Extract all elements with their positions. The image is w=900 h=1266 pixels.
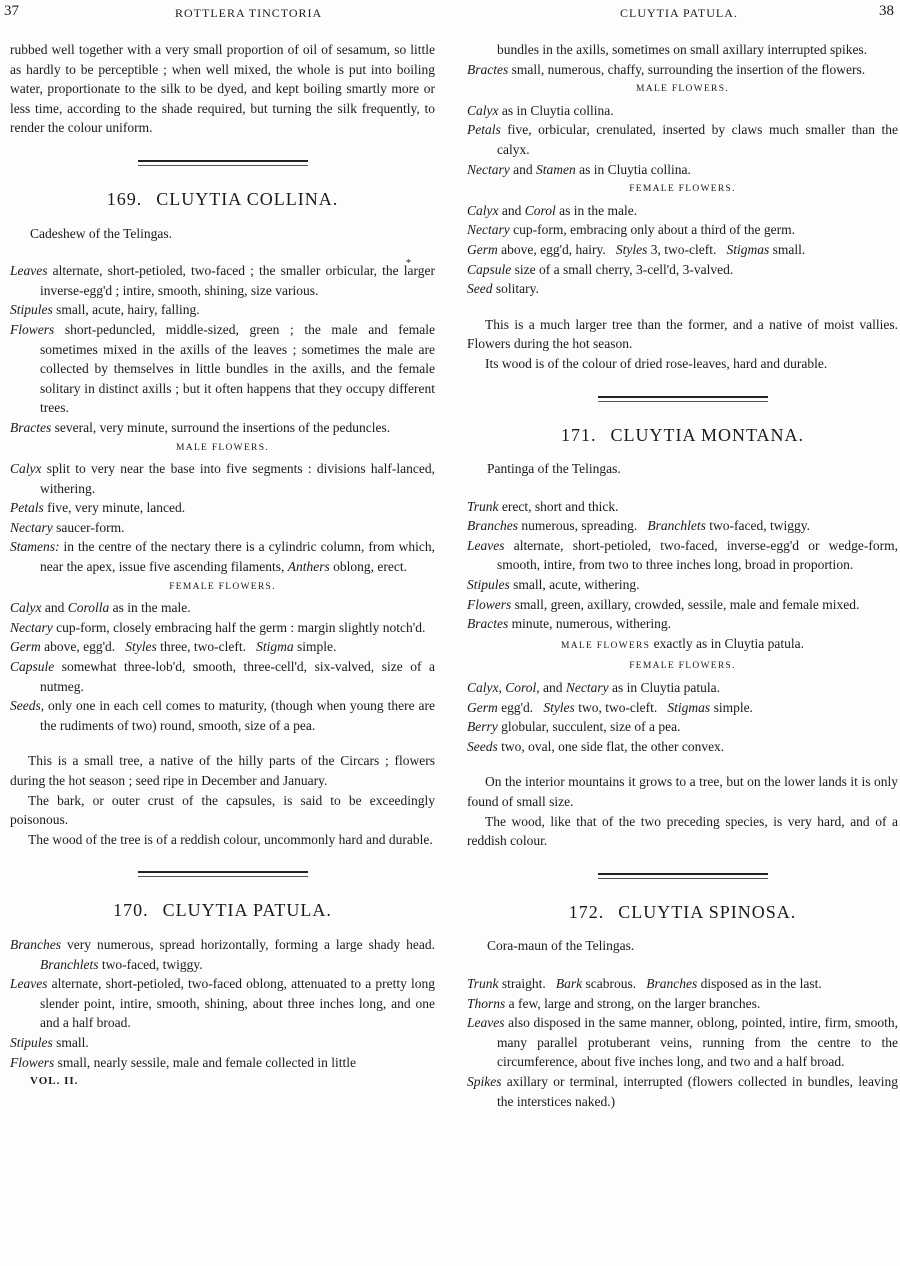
female-flowers-heading: FEMALE FLOWERS.: [467, 657, 898, 677]
male-flowers-heading: MALE FLOWERS.: [10, 439, 435, 459]
desc-seed: Seed solitary.: [467, 279, 898, 299]
vernacular-name: Pantinga of the Telingas.: [487, 459, 898, 479]
desc-stipules: Stipules small.: [10, 1033, 435, 1053]
left-page: 37 ROTTLERA TINCTORIA rubbed well togeth…: [0, 0, 445, 1266]
vernacular-name: Cora-maun of the Telingas.: [487, 936, 898, 956]
desc-leaves: Leaves alternate, short-petioled, two-fa…: [10, 974, 435, 1033]
desc-continuation: bundles in the axills, sometimes on smal…: [467, 40, 898, 60]
desc-germ: Germ above, egg'd, hairy. Styles 3, two-…: [467, 240, 898, 260]
desc-capsule: Capsule somewhat three-lob'd, smooth, th…: [10, 657, 435, 696]
section-divider: [138, 160, 308, 166]
page-number: 38: [879, 3, 894, 20]
desc-stamens: Stamens: in the centre of the nectary th…: [10, 537, 435, 576]
desc-calyx: Calyx as in Cluytia collina.: [467, 101, 898, 121]
desc-branches: Branches very numerous, spread horizonta…: [10, 935, 435, 974]
desc-calyx: Calyx split to very near the base into f…: [10, 459, 435, 498]
male-flowers-heading: MALE FLOWERS.: [467, 80, 898, 100]
desc-trunk: Trunk straight. Bark scabrous. Branches …: [467, 974, 898, 994]
note-paragraph: On the interior mountains it grows to a …: [467, 772, 898, 811]
desc-stipules: Stipules small, acute, hairy, falling.: [10, 300, 435, 320]
intro-paragraph: rubbed well together with a very small p…: [10, 40, 435, 138]
desc-female-calyx: Calyx and Corol as in the male.: [467, 201, 898, 221]
running-head: CLUYTIA PATULA.: [620, 6, 738, 21]
desc-leaves: Leaves also disposed in the same manner,…: [467, 1013, 898, 1072]
note-paragraph: Its wood is of the colour of dried rose-…: [467, 354, 898, 374]
desc-petals: Petals five, orbicular, crenulated, inse…: [467, 120, 898, 159]
desc-female-calyx: Calyx and Corolla as in the male.: [10, 598, 435, 618]
desc-branches: Branches numerous, spreading. Branchlets…: [467, 516, 898, 536]
page-body: bundles in the axills, sometimes on smal…: [467, 40, 898, 1111]
desc-nectary: Nectary saucer-form.: [10, 518, 435, 538]
page-number: 37: [4, 3, 19, 20]
male-flowers-line: MALE FLOWERS exactly as in Cluytia patul…: [467, 634, 898, 657]
desc-nectary: Nectary and Stamen as in Cluytia collina…: [467, 160, 898, 180]
desc-capsule: Capsule size of a small cherry, 3-cell'd…: [467, 260, 898, 280]
species-title: 171.CLUYTIA MONTANA.: [467, 426, 898, 446]
species-title: 169.CLUYTIA COLLINA.: [10, 190, 435, 210]
desc-female-nectary: Nectary cup-form, embracing only about a…: [467, 220, 898, 240]
desc-berry: Berry globular, succulent, size of a pea…: [467, 717, 898, 737]
desc-germ: Germ egg'd. Styles two, two-cleft. Stigm…: [467, 698, 898, 718]
species-title: 170.CLUYTIA PATULA.: [10, 901, 435, 921]
volume-signature: VOL. II.: [30, 1072, 435, 1092]
desc-seeds: Seeds, only one in each cell comes to ma…: [10, 696, 435, 735]
desc-flowers: Flowers small, nearly sessile, male and …: [10, 1053, 435, 1073]
note-paragraph: The wood of the tree is of a reddish col…: [10, 830, 435, 850]
note-paragraph: The wood, like that of the two preceding…: [467, 812, 898, 851]
asterisk-mark: *: [406, 254, 411, 274]
vernacular-name: Cadeshew of the Telingas.: [30, 224, 435, 244]
desc-seeds: Seeds two, oval, one side flat, the othe…: [467, 737, 898, 757]
desc-female-parts: Calyx, Corol, and Nectary as in Cluytia …: [467, 678, 898, 698]
note-paragraph: This is a much larger tree than the form…: [467, 315, 898, 354]
desc-bractes: Bractes small, numerous, chaffy, surroun…: [467, 60, 898, 80]
note-paragraph: The bark, or outer crust of the capsules…: [10, 791, 435, 830]
desc-trunk: Trunk erect, short and thick.: [467, 497, 898, 517]
section-divider: [598, 873, 768, 879]
species-title: 172.CLUYTIA SPINOSA.: [467, 903, 898, 923]
desc-stipules: Stipules small, acute, withering.: [467, 575, 898, 595]
desc-flowers: Flowers short-peduncled, middle-sized, g…: [10, 320, 435, 418]
section-divider: [138, 871, 308, 877]
section-divider: [598, 396, 768, 402]
desc-thorns: Thorns a few, large and strong, on the l…: [467, 994, 898, 1014]
page-body: rubbed well together with a very small p…: [10, 40, 435, 1092]
desc-leaves: Leaves alternate, short-petioled, two-fa…: [467, 536, 898, 575]
desc-bractes: Bractes several, very minute, surround t…: [10, 418, 435, 438]
desc-female-nectary: Nectary cup-form, closely embracing half…: [10, 618, 435, 638]
female-flowers-heading: FEMALE FLOWERS.: [467, 180, 898, 200]
desc-leaves: Leaves alternate, short-petioled, two-fa…: [10, 261, 435, 300]
desc-petals: Petals five, very minute, lanced.: [10, 498, 435, 518]
right-page: CLUYTIA PATULA. 38 bundles in the axills…: [455, 0, 900, 1266]
desc-flowers: Flowers small, green, axillary, crowded,…: [467, 595, 898, 615]
female-flowers-heading: FEMALE FLOWERS.: [10, 578, 435, 598]
note-paragraph: This is a small tree, a native of the hi…: [10, 751, 435, 790]
desc-spikes: Spikes axillary or terminal, interrupted…: [467, 1072, 898, 1111]
running-head: ROTTLERA TINCTORIA: [175, 6, 322, 21]
desc-germ: Germ above, egg'd. Styles three, two-cle…: [10, 637, 435, 657]
desc-bractes: Bractes minute, numerous, withering.: [467, 614, 898, 634]
